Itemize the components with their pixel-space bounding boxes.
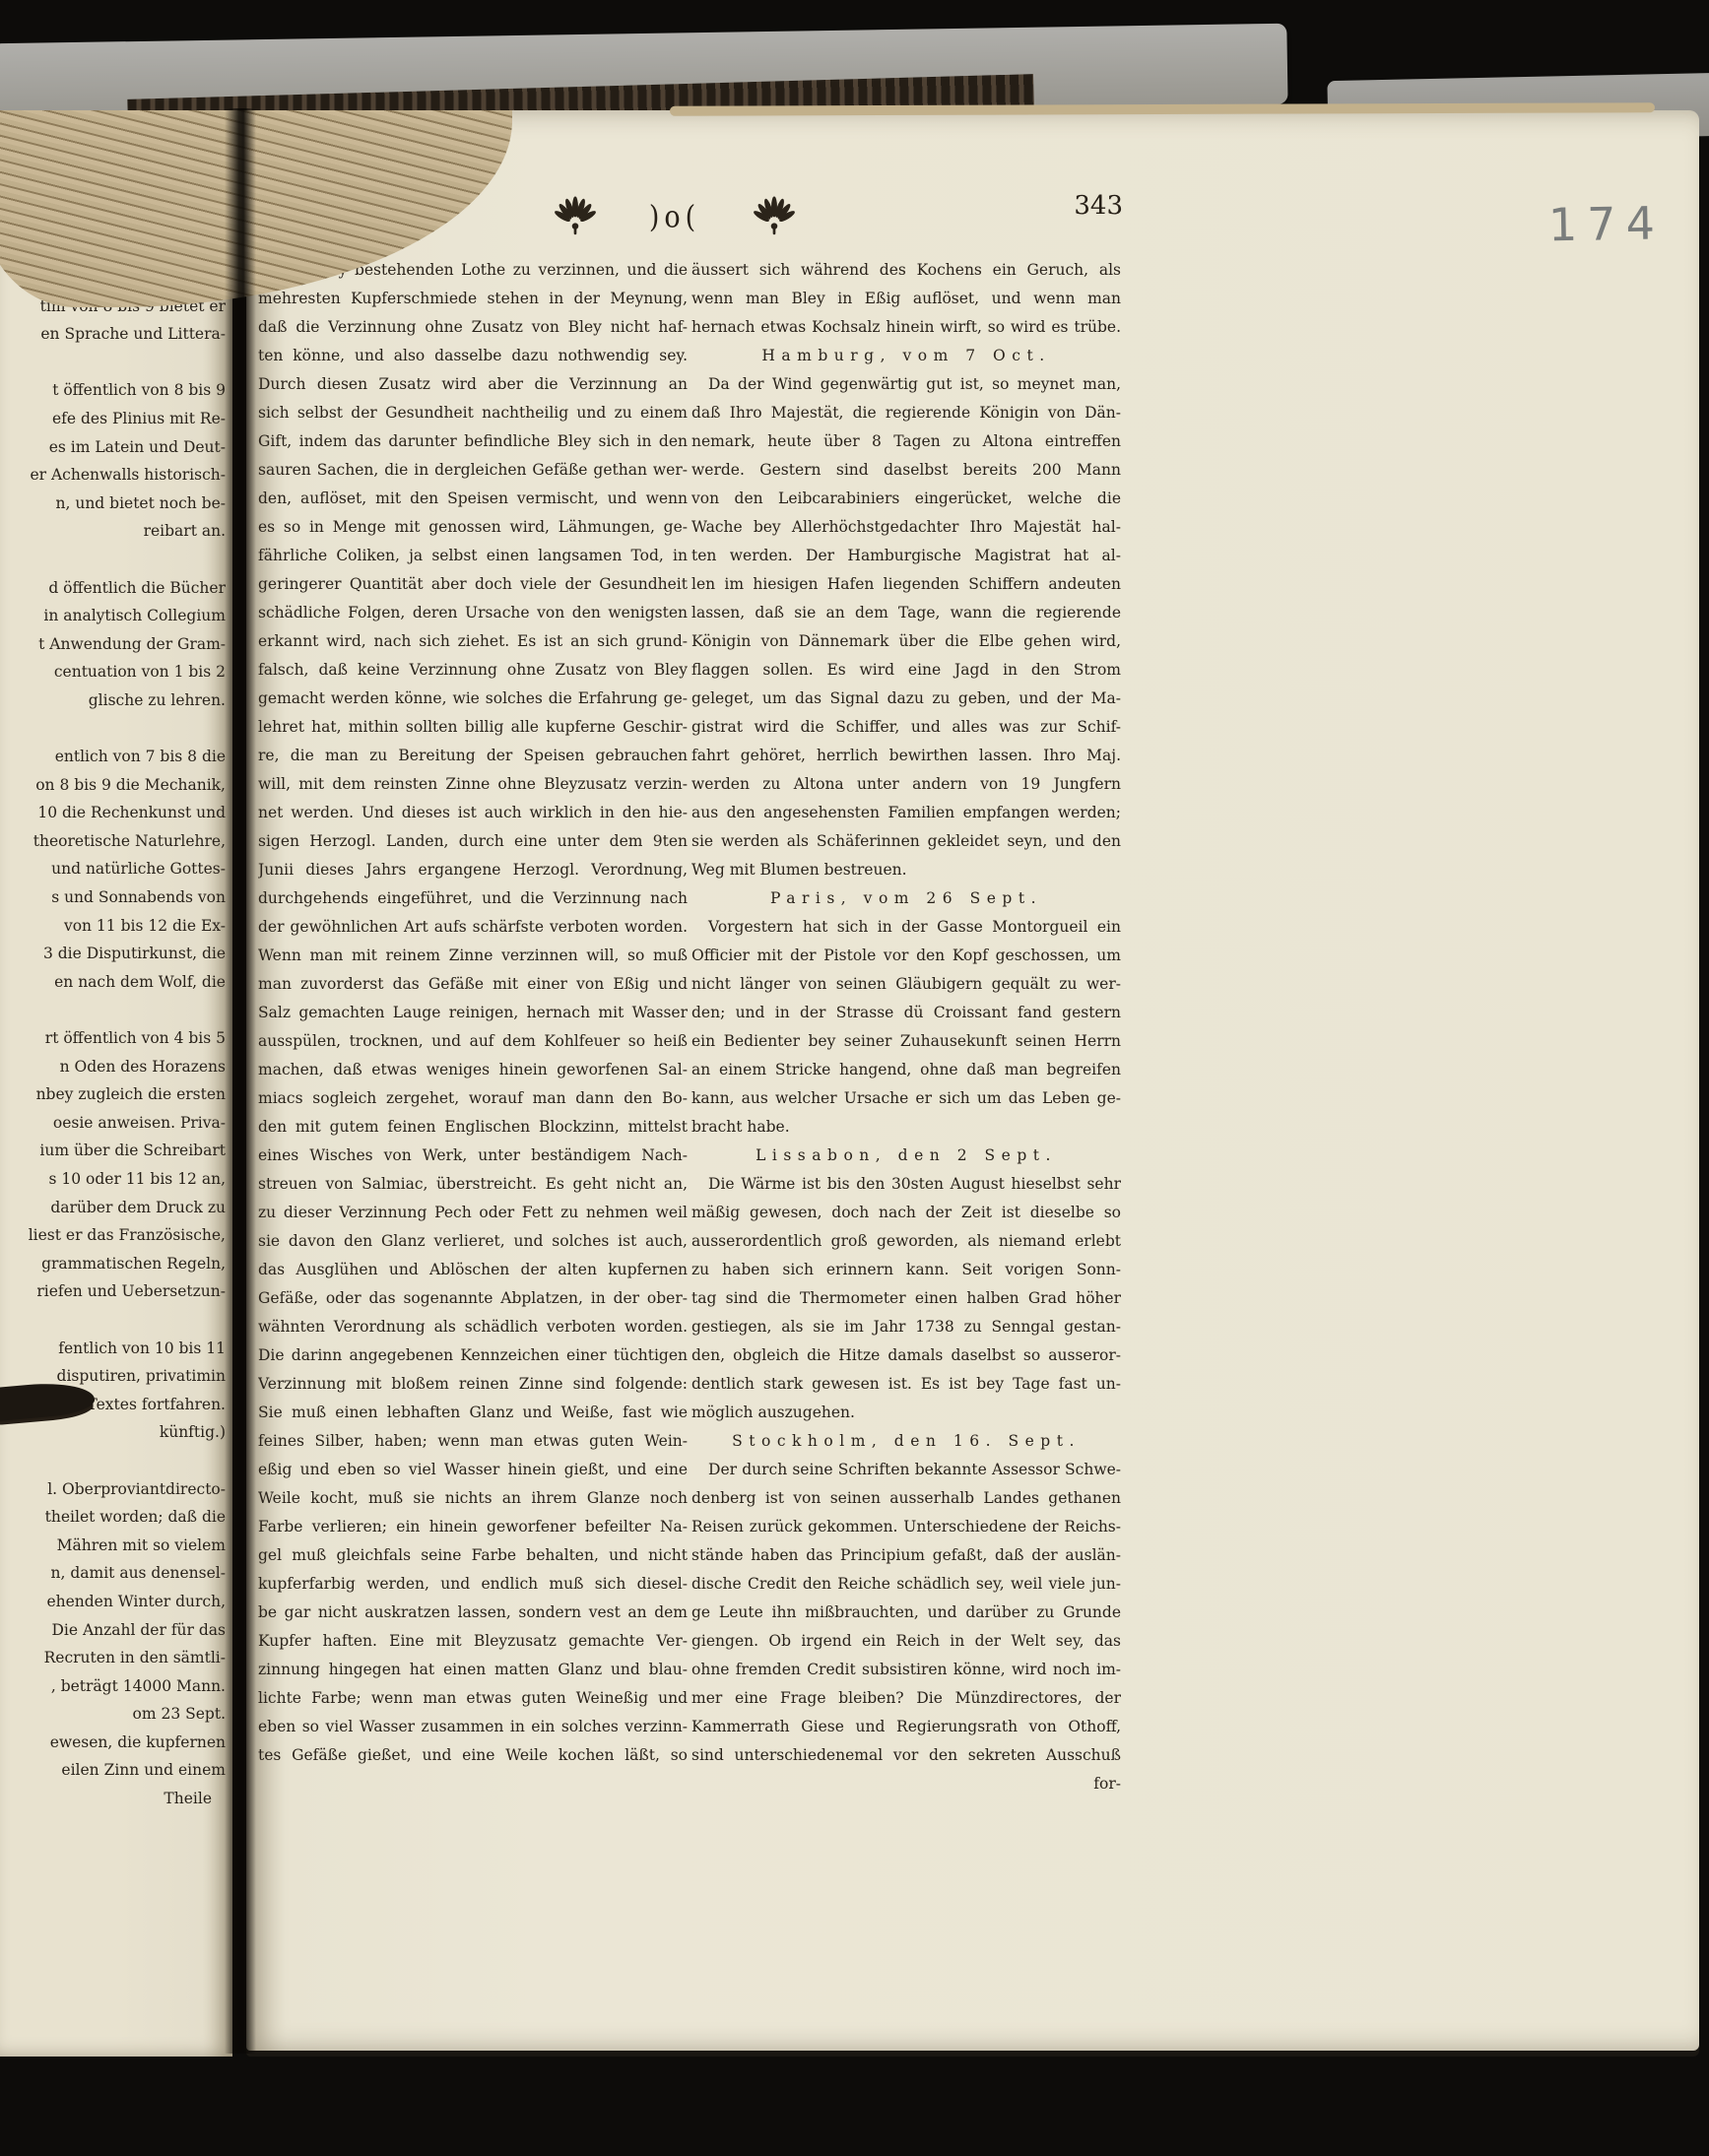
text-line: lichte Farbe; wenn man etwas guten Weine… [258, 1684, 688, 1713]
text-line: feines Silber, haben; wenn man etwas gut… [258, 1427, 688, 1456]
text-line: den; und in der Strasse dü Croissant fan… [691, 999, 1121, 1027]
text-line: theoretische Naturlehre, [6, 827, 226, 856]
text-line: reibart an. [6, 517, 226, 546]
right-page: )o( 343 174 Theile Bley bestehenden Loth… [246, 110, 1699, 2051]
text-line: Officier mit der Pistole vor den Kopf ge… [691, 942, 1121, 970]
text-line: flaggen sollen. Es wird eine Jagd in den… [691, 656, 1121, 685]
text-line: s und Sonnabends von [6, 883, 226, 912]
text-line: Der durch seine Schriften bekannte Asses… [691, 1456, 1121, 1484]
text-line: falsch, daß keine Verzinnung ohne Zusatz… [258, 656, 688, 685]
text-line: t öffentlich von 8 bis 9 [6, 376, 226, 405]
text-line: sie werden als Schäferinnen gekleidet se… [691, 827, 1121, 856]
shell-ornament-icon [752, 194, 797, 239]
text-line: sauren Sachen, die in dergleichen Gefäße… [258, 456, 688, 485]
text-line: for- [691, 1770, 1121, 1798]
text-line: den, obgleich die Hitze damals daselbst … [691, 1341, 1121, 1370]
text-line: denberg ist von seinen ausserhalb Landes… [691, 1484, 1121, 1513]
text-line: efe des Plinius mit Re- [6, 405, 226, 433]
text-line: en Sprache und Littera- [6, 320, 226, 349]
text-line: Sie muß einen lebhaften Glanz und Weiße,… [258, 1399, 688, 1427]
text-line: eben so viel Wasser zusammen in ein solc… [258, 1713, 688, 1741]
text-line: bracht habe. [691, 1113, 1121, 1142]
text-line: kann, aus welcher Ursache er sich um das… [691, 1084, 1121, 1113]
text-line: tag sind die Thermometer einen halben Gr… [691, 1284, 1121, 1313]
text-line: mehresten Kupferschmiede stehen in der M… [258, 285, 688, 313]
left-page-fragment: entlich von 2 bis 3 dastim von 8 bis 9 b… [0, 148, 232, 2057]
section-heading: Paris, vom 26 Sept. [691, 884, 1121, 913]
paragraph-gap [6, 546, 226, 574]
text-line: das Ausglühen und Ablöschen der alten ku… [258, 1256, 688, 1284]
text-line: man zuvorderst das Gefäße mit einer von … [258, 970, 688, 999]
text-line: s 10 oder 11 bis 12 an, [6, 1165, 226, 1194]
text-line: ehenden Winter durch, [6, 1588, 226, 1616]
text-line: Kupfer haften. Eine mit Bleyzusatz gemac… [258, 1627, 688, 1656]
text-line: om 23 Sept. [6, 1700, 226, 1729]
text-line: daß Ihro Majestät, die regierende Königi… [691, 399, 1121, 427]
text-line: oesie anweisen. Priva- [6, 1109, 226, 1138]
text-line: Königin von Dännemark über die Elbe gehe… [691, 627, 1121, 656]
text-line: Farbe verlieren; ein hinein geworfener b… [258, 1513, 688, 1541]
book-gutter-shadow [225, 108, 256, 2054]
text-line: centuation von 1 bis 2 [6, 658, 226, 686]
text-line: hernach etwas Kochsalz hinein wirft, so … [691, 313, 1121, 342]
main-text-column-left: Theile Bley bestehenden Lothe zu verzinn… [258, 256, 688, 1770]
text-line: nemark, heute über 8 Tagen zu Altona ein… [691, 427, 1121, 456]
text-line: darüber dem Druck zu [6, 1194, 226, 1222]
text-line: giengen. Ob irgend ein Reich in der Welt… [691, 1627, 1121, 1656]
text-line: Theile [6, 1785, 226, 1813]
text-line: Vorgestern hat sich in der Gasse Montorg… [691, 913, 1121, 942]
text-line: 10 die Rechenkunst und [6, 799, 226, 827]
text-line: an einem Stricke hangend, ohne daß man b… [691, 1056, 1121, 1084]
text-line: kupferfarbig werden, und endlich muß sic… [258, 1570, 688, 1599]
text-line: mer eine Frage bleiben? Die Münzdirector… [691, 1684, 1121, 1713]
text-line: ten werden. Der Hamburgische Magistrat h… [691, 542, 1121, 570]
text-line: aus den angesehensten Familien empfangen… [691, 799, 1121, 827]
text-line: nbey zugleich die ersten [6, 1080, 226, 1109]
text-line: es im Latein und Deut- [6, 433, 226, 462]
text-line: len im hiesigen Hafen liegenden Schiffer… [691, 570, 1121, 599]
paragraph-gap [6, 1447, 226, 1475]
text-line: den mit gutem feinen Englischen Blockzin… [258, 1113, 688, 1142]
text-line: eßig und eben so viel Wasser hinein gieß… [258, 1456, 688, 1484]
text-line: Mähren mit so vielem [6, 1532, 226, 1560]
text-line: fahrt gehöret, herrlich bewirthen lassen… [691, 742, 1121, 770]
left-fragment-lines: entlich von 2 bis 3 dastim von 8 bis 9 b… [6, 264, 226, 1813]
text-line: will, mit dem reinsten Zinne ohne Bleyzu… [258, 770, 688, 799]
paragraph-gap [6, 349, 226, 377]
text-line: ausserordentlich groß geworden, als niem… [691, 1227, 1121, 1256]
text-line: den, auflöset, mit den Speisen vermischt… [258, 485, 688, 513]
text-line: lehret hat, mithin sollten billig alle k… [258, 713, 688, 742]
page-number: 343 [995, 191, 1123, 221]
text-line: gistrat wird die Schiffer, und alles was… [691, 713, 1121, 742]
text-line: glische zu lehren. [6, 686, 226, 715]
text-line: in analytisch Collegium [6, 602, 226, 630]
text-line: Durch diesen Zusatz wird aber die Verzin… [258, 370, 688, 399]
paragraph-gap [6, 1306, 226, 1335]
text-line: sigen Herzogl. Landen, durch eine unter … [258, 827, 688, 856]
paragraph-gap [6, 996, 226, 1024]
text-line: liest er das Französische, [6, 1221, 226, 1250]
text-line: rt öffentlich von 4 bis 5 [6, 1024, 226, 1053]
text-line: erkannt wird, nach sich ziehet. Es ist a… [258, 627, 688, 656]
text-line: grammatischen Regeln, [6, 1250, 226, 1278]
text-line: ten könne, und also dasselbe dazu nothwe… [258, 342, 688, 370]
text-line: Wenn man mit reinem Zinne verzinnen will… [258, 942, 688, 970]
text-line: n Oden des Horazens [6, 1053, 226, 1081]
text-line: d öffentlich die Bücher [6, 574, 226, 603]
text-line: lassen, daß sie an dem Tage, wann die re… [691, 599, 1121, 627]
text-line: 3 die Disputirkunst, die [6, 940, 226, 968]
text-line: l. Oberproviantdirecto- [6, 1475, 226, 1504]
text-line: be gar nicht auskratzen lassen, sondern … [258, 1599, 688, 1627]
text-line: ge Leute ihn mißbrauchten, und darüber z… [691, 1599, 1121, 1627]
main-text-column-right: äussert sich während des Kochens ein Ger… [691, 256, 1121, 1798]
text-line: Die Wärme ist bis den 30sten August hies… [691, 1170, 1121, 1199]
text-line: re, die man zu Bereitung der Speisen geb… [258, 742, 688, 770]
text-line: möglich auszugehen. [691, 1399, 1121, 1427]
text-line: Recruten in den sämtli- [6, 1644, 226, 1672]
text-line: werden zu Altona unter andern von 19 Jun… [691, 770, 1121, 799]
text-line: ohne fremden Credit subsistiren könne, w… [691, 1656, 1121, 1684]
text-line: entlich von 7 bis 8 die [6, 743, 226, 771]
text-line: von den Leibcarabiniers eingerücket, wel… [691, 485, 1121, 513]
text-line: sind unterschiedenemal vor den sekreten … [691, 1741, 1121, 1770]
scanned-book-page: )o( 343 174 Theile Bley bestehenden Loth… [0, 0, 1709, 2156]
text-line: net werden. Und dieses ist auch wirklich… [258, 799, 688, 827]
text-line: miacs sogleich zergehet, worauf man dann… [258, 1084, 688, 1113]
text-line: ewesen, die kupfernen [6, 1729, 226, 1757]
text-line: eilen Zinn und einem [6, 1756, 226, 1785]
text-line: ein Bedienter bey seiner Zuhausekunft se… [691, 1027, 1121, 1056]
text-line: Wache bey Allerhöchstgedachter Ihro Maje… [691, 513, 1121, 542]
paragraph-gap [6, 715, 226, 744]
text-line: machen, daß etwas weniges hinein geworfe… [258, 1056, 688, 1084]
text-line: sie davon den Glanz verlieret, und solch… [258, 1227, 688, 1256]
header-ornament-row: )o( [527, 191, 822, 242]
text-line: von 11 bis 12 die Ex- [6, 912, 226, 941]
text-line: theilet worden; daß die [6, 1503, 226, 1532]
text-line: der gewöhnlichen Art aufs schärfste verb… [258, 913, 688, 942]
text-line: Verzinnung mit bloßem reinen Zinne sind … [258, 1370, 688, 1399]
shell-ornament-icon [553, 194, 598, 239]
text-line: , beträgt 14000 Mann. [6, 1672, 226, 1701]
text-line: ausspülen, trocknen, und auf dem Kohlfeu… [258, 1027, 688, 1056]
text-line: Da der Wind gegenwärtig gut ist, so meyn… [691, 370, 1121, 399]
text-line: fentlich von 10 bis 11 [6, 1335, 226, 1363]
text-line: es so in Menge mit genossen wird, Lähmun… [258, 513, 688, 542]
text-line: gestiegen, als sie im Jahr 1738 zu Senng… [691, 1313, 1121, 1341]
text-line: zu dieser Verzinnung Pech oder Fett zu n… [258, 1199, 688, 1227]
text-line: daß die Verzinnung ohne Zusatz von Bley … [258, 313, 688, 342]
text-line: geleget, um das Signal dazu zu geben, un… [691, 685, 1121, 713]
text-line: n, und bietet noch be- [6, 490, 226, 518]
section-heading: Stockholm, den 16. Sept. [691, 1427, 1121, 1456]
text-line: Weile kocht, muß sie nichts an ihrem Gla… [258, 1484, 688, 1513]
text-line: mäßig gewesen, doch nach der Zeit ist di… [691, 1199, 1121, 1227]
page-top-edge [670, 102, 1655, 115]
text-line: zinnung hingegen hat einen matten Glanz … [258, 1656, 688, 1684]
text-line: Die darinn angegebenen Kennzeichen einer… [258, 1341, 688, 1370]
text-line: ium über die Schreibart [6, 1137, 226, 1165]
text-line: eines Wisches von Werk, unter beständige… [258, 1142, 688, 1170]
handwritten-folio-number: 174 [1548, 196, 1707, 252]
text-line: schädliche Folgen, deren Ursache von den… [258, 599, 688, 627]
text-line: nicht länger von seinen Gläubigern gequä… [691, 970, 1121, 999]
text-line: künftig.) [6, 1418, 226, 1447]
text-line: n, damit aus denensel- [6, 1559, 226, 1588]
text-line: sich selbst der Gesundheit nachtheilig u… [258, 399, 688, 427]
text-line: on 8 bis 9 die Mechanik, [6, 771, 226, 800]
text-line: und natürliche Gottes- [6, 855, 226, 883]
text-line: Junii dieses Jahrs ergangene Herzogl. Ve… [258, 856, 688, 884]
text-line: streuen von Salmiac, überstreicht. Es ge… [258, 1170, 688, 1199]
text-line: werde. Gestern sind daselbst bereits 200… [691, 456, 1121, 485]
text-line: geringerer Quantität aber doch viele der… [258, 570, 688, 599]
text-line: wähnten Verordnung als schädlich verbote… [258, 1313, 688, 1341]
text-line: Weg mit Blumen bestreuen. [691, 856, 1121, 884]
text-line: Kammerrath Giese und Regierungsrath von … [691, 1713, 1121, 1741]
text-line: riefen und Uebersetzun- [6, 1277, 226, 1306]
text-line: stände haben das Principium gefaßt, daß … [691, 1541, 1121, 1570]
text-line: en nach dem Wolf, die [6, 968, 226, 997]
text-line: Gefäße, oder das sogenannte Abplatzen, i… [258, 1284, 688, 1313]
text-line: zu haben sich erinnern kann. Seit vorige… [691, 1256, 1121, 1284]
text-line: Salz gemachten Lauge reinigen, hernach m… [258, 999, 688, 1027]
text-line: fährliche Coliken, ja selbst einen langs… [258, 542, 688, 570]
text-line: Reisen zurück gekommen. Unterschiedene d… [691, 1513, 1121, 1541]
text-line: gemacht werden könne, wie solches die Er… [258, 685, 688, 713]
text-line: dentlich stark gewesen ist. Es ist bey T… [691, 1370, 1121, 1399]
text-line: gel muß gleichfals seine Farbe behalten,… [258, 1541, 688, 1570]
section-heading: Lissabon, den 2 Sept. [691, 1142, 1121, 1170]
section-heading: Hamburg, vom 7 Oct. [691, 342, 1121, 370]
text-line: t Anwendung der Gram- [6, 630, 226, 659]
text-line: durchgehends eingeführet, und die Verzin… [258, 884, 688, 913]
text-line: äussert sich während des Kochens ein Ger… [691, 256, 1121, 285]
header-center-mark: )o( [649, 199, 700, 234]
text-line: tes Gefäße gießet, und eine Weile kochen… [258, 1741, 688, 1770]
text-line: Die Anzahl der für das [6, 1616, 226, 1645]
text-line: er Achenwalls historisch- [6, 461, 226, 490]
text-line: wenn man Bley in Eßig auflöset, und wenn… [691, 285, 1121, 313]
text-line: dische Credit den Reiche schädlich sey, … [691, 1570, 1121, 1599]
text-line: Gift, indem das darunter befindliche Ble… [258, 427, 688, 456]
